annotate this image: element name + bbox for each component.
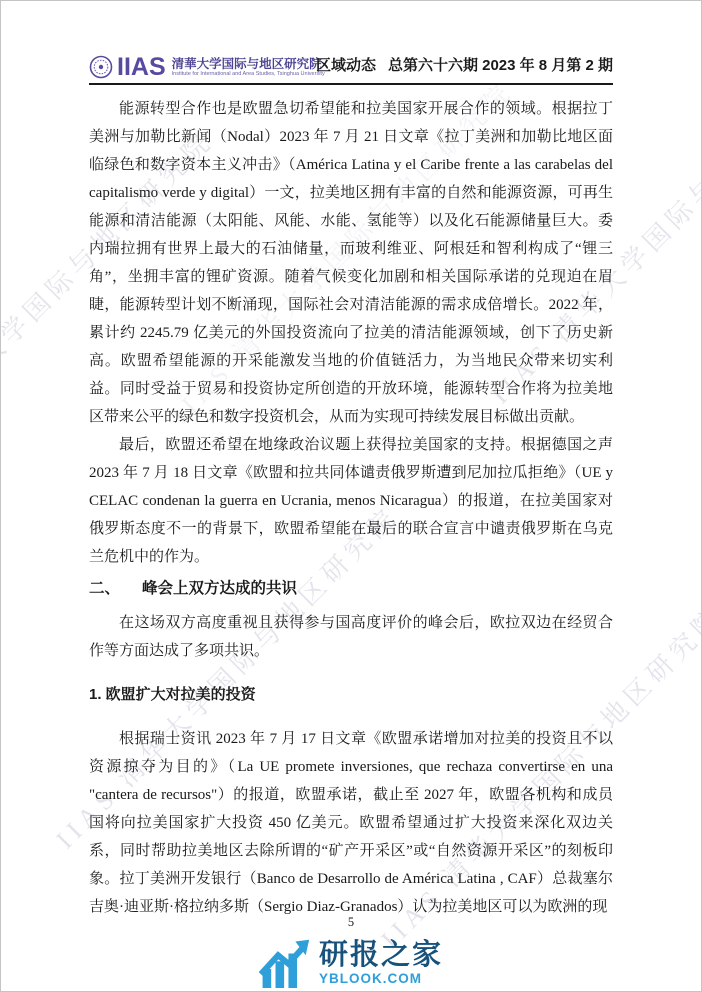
yblook-logo: 研报之家 YBLOOK.COM	[259, 938, 443, 988]
iias-emblem-icon	[89, 55, 113, 79]
iias-wordmark: IIAS	[117, 55, 166, 79]
brand-text: 研报之家 YBLOOK.COM	[319, 940, 443, 986]
section-title: 峰会上双方达成的共识	[142, 580, 297, 597]
logo-cn-name: 清華大学国际与地区研究院	[172, 57, 325, 71]
doc-type-label: 区域动态	[316, 54, 376, 75]
bar-chart-arrow-icon	[259, 938, 311, 988]
page-header: IIAS 清華大学国际与地区研究院 Institute for Internat…	[89, 1, 613, 81]
iias-logo: IIAS 清華大学国际与地区研究院 Institute for Internat…	[89, 55, 325, 79]
brand-name: 研报之家	[319, 940, 443, 971]
document-body: 能源转型合作也是欧盟急切希望能和拉美国家开展合作的领域。根据拉丁美洲与加勒比新闻…	[89, 95, 613, 921]
paragraph-geopolitics: 最后，欧盟还希望在地缘政治议题上获得拉美国家的支持。根据德国之声 2023 年 …	[89, 431, 613, 571]
section-heading-consensus: 二、峰会上双方达成的共识	[89, 575, 613, 603]
page-number: 5	[1, 915, 701, 930]
subsection-heading-investment: 1. 欧盟扩大对拉美的投资	[89, 681, 613, 709]
brand-domain: YBLOOK.COM	[319, 971, 443, 986]
header-rule	[89, 83, 613, 85]
logo-names: 清華大学国际与地区研究院 Institute for International…	[172, 57, 325, 78]
document-page: IIAS 清华大学国际与地区研究院 IIAS 清华大学国际与地区研究院 IIAS…	[0, 0, 702, 992]
paragraph-summit-consensus: 在这场双方高度重视且获得参与国高度评价的峰会后，欧拉双边在经贸合作等方面达成了多…	[89, 609, 613, 665]
paragraph-energy-cooperation: 能源转型合作也是欧盟急切希望能和拉美国家开展合作的领域。根据拉丁美洲与加勒比新闻…	[89, 95, 613, 431]
paragraph-eu-investment: 根据瑞士资讯 2023 年 7 月 17 日文章《欧盟承诺增加对拉美的投资且不以…	[89, 725, 613, 921]
section-number: 二、	[89, 580, 120, 597]
logo-en-name: Institute for International and Area Stu…	[172, 71, 325, 78]
issue-label: 总第六十六期 2023 年 8 月第 2 期	[388, 54, 613, 75]
